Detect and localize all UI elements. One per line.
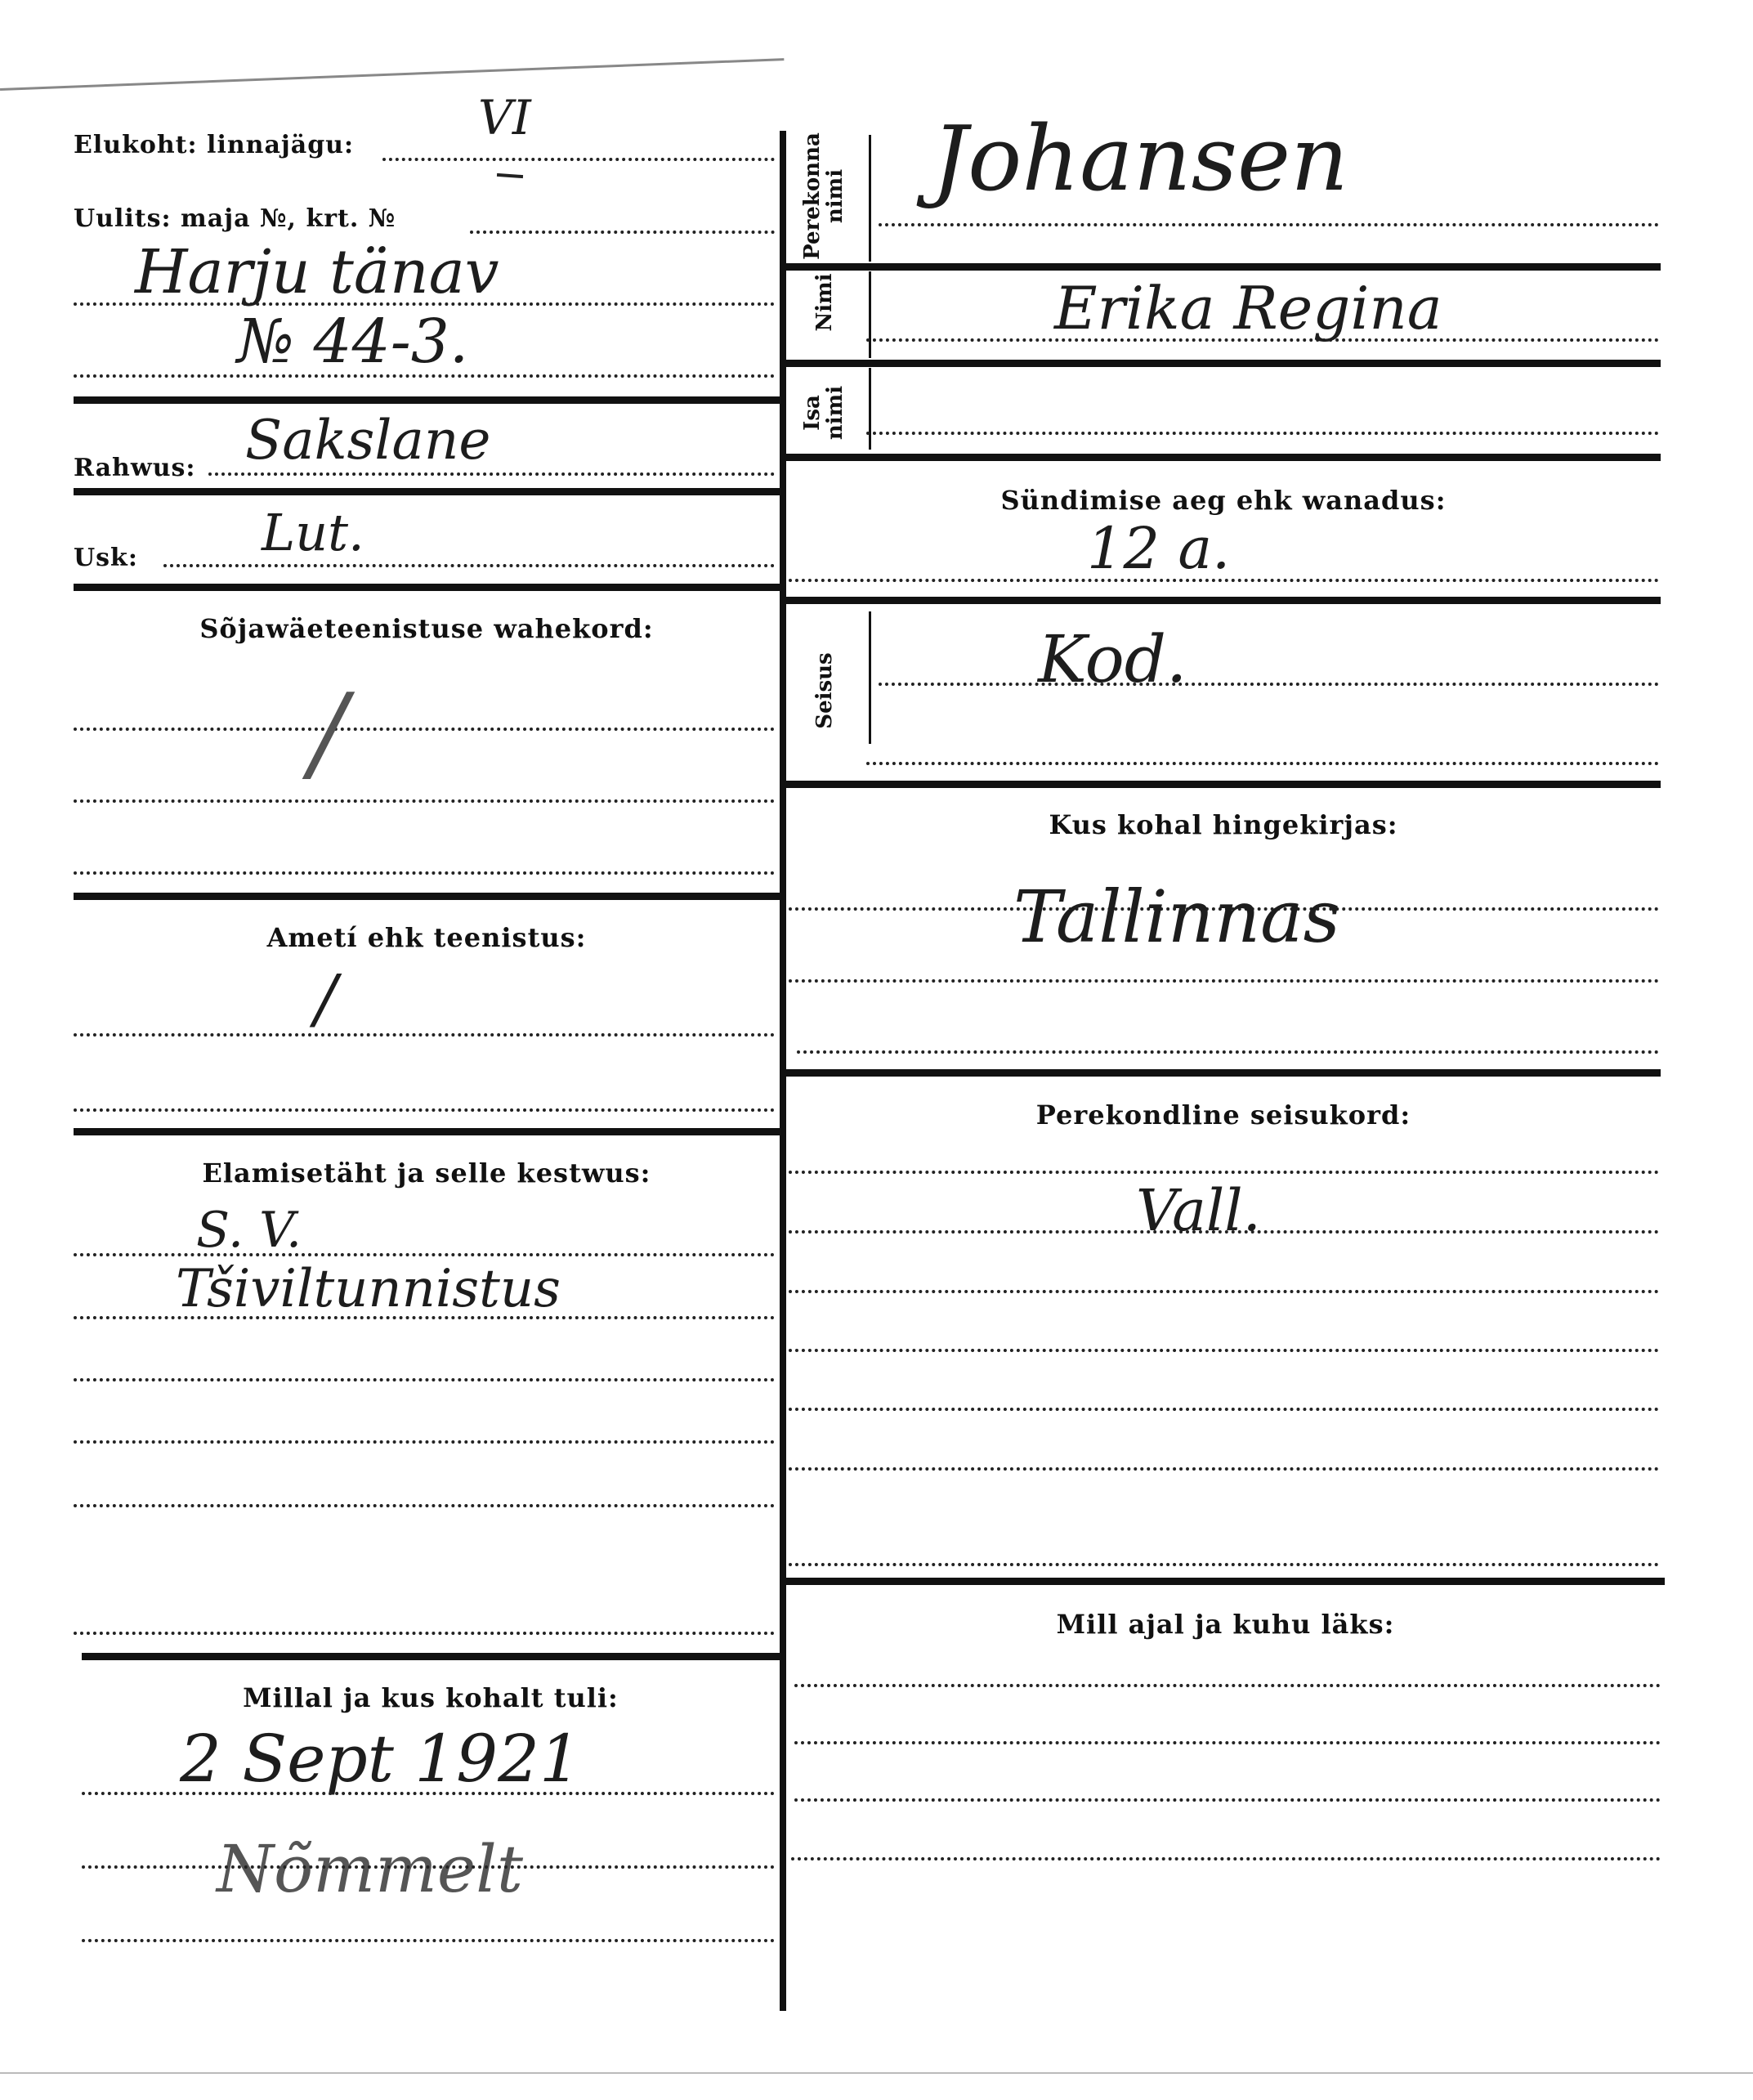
section-rule <box>74 584 780 591</box>
departure-line-2 <box>794 1741 1661 1744</box>
status-value[interactable]: Kod. <box>1038 621 1187 697</box>
arrival-line-3 <box>82 1939 775 1942</box>
first-name-value[interactable]: Erika Regina <box>1054 274 1442 343</box>
section-rule <box>74 1128 780 1135</box>
residence-label: Elukoht: linnajägu: <box>74 131 354 159</box>
arrival-value-line1[interactable]: 2 Sept 1921 <box>180 1721 581 1797</box>
section-rule <box>786 1069 1661 1077</box>
family-status-line-2 <box>789 1230 1659 1234</box>
departure-line-1 <box>794 1684 1661 1687</box>
label-divider <box>869 271 871 358</box>
religion-line <box>163 564 775 567</box>
residence-line <box>382 158 775 161</box>
soul-register-line-2 <box>789 979 1659 983</box>
military-line-2 <box>74 799 775 803</box>
family-status-line-4 <box>789 1349 1659 1352</box>
military-line-1 <box>74 728 775 731</box>
father-name-label-line2: nimi <box>824 372 847 454</box>
section-rule <box>786 263 1661 271</box>
residence-type-line-3 <box>74 1378 775 1381</box>
family-status-line-3 <box>789 1290 1659 1293</box>
religion-label: Usk: <box>74 544 138 572</box>
street-line-1 <box>74 302 775 306</box>
scan-bottom-edge <box>0 2072 1753 2074</box>
status-line-2 <box>866 762 1659 765</box>
section-rule <box>786 781 1661 788</box>
family-status-label: Perekondline seisukord: <box>786 1099 1661 1131</box>
section-rule <box>786 1578 1665 1585</box>
street-line-2 <box>74 374 775 378</box>
section-rule <box>74 396 780 404</box>
military-line-3 <box>74 871 775 875</box>
first-name-label: Nimi <box>813 257 838 347</box>
soul-register-value[interactable]: Tallinnas <box>1013 875 1340 959</box>
birth-value[interactable]: 12 a. <box>1087 515 1230 582</box>
surname-label-line2: nimi <box>824 131 847 262</box>
label-divider <box>869 135 871 262</box>
family-status-line-6 <box>789 1467 1659 1471</box>
family-status-value[interactable]: Vall. <box>1136 1177 1261 1244</box>
street-line-0 <box>470 231 775 234</box>
family-status-line-1 <box>789 1171 1659 1174</box>
father-name-label-line1: Isa <box>801 372 824 454</box>
father-name-label: Isa nimi <box>801 372 850 454</box>
birth-line <box>789 579 1659 582</box>
departure-line-3 <box>794 1798 1661 1802</box>
departure-line-4 <box>791 1857 1661 1860</box>
residence-type-line-2 <box>74 1316 775 1319</box>
surname-label: Perekonna nimi <box>801 131 850 262</box>
residence-type-line-4 <box>74 1440 775 1444</box>
surname-value[interactable]: Johansen <box>932 106 1348 211</box>
soul-register-label: Kus kohal hingekirjas: <box>786 809 1661 840</box>
arrival-value-line2[interactable]: Nõmmelt <box>217 1831 523 1907</box>
nationality-value[interactable]: Sakslane <box>245 409 490 472</box>
street-value-line1[interactable]: Harju tänav <box>135 237 499 307</box>
family-status-line-5 <box>789 1408 1659 1411</box>
birth-label: Sündimise aeg ehk wanadus: <box>786 485 1661 516</box>
occupation-label: Ametí ehk teenistus: <box>74 922 780 953</box>
surname-label-line1: Perekonna <box>801 131 824 262</box>
scan-edge-line <box>0 58 784 91</box>
arrival-line-1 <box>82 1792 775 1795</box>
section-rule <box>786 597 1661 604</box>
section-rule <box>82 1653 780 1660</box>
nationality-line <box>208 472 775 476</box>
status-line-1 <box>879 683 1659 686</box>
residence-type-value-line2[interactable]: Tšiviltunnistus <box>176 1259 561 1319</box>
military-value[interactable]: / <box>311 670 347 795</box>
soul-register-line-3 <box>797 1050 1659 1054</box>
nationality-label: Rahwus: <box>74 454 195 482</box>
label-divider <box>869 611 871 744</box>
residence-type-value-line1[interactable]: S. V. <box>196 1202 302 1259</box>
occupation-value[interactable]: / <box>315 960 337 1037</box>
military-label: Sõjawäeteenistuse wahekord: <box>74 613 780 644</box>
arrival-label: Millal ja kus kohalt tuli: <box>82 1682 780 1713</box>
residence-value[interactable]: VI <box>478 90 531 146</box>
occupation-line-2 <box>74 1108 775 1112</box>
section-rule <box>74 893 780 900</box>
family-status-line-7 <box>789 1563 1659 1566</box>
departure-label: Mill ajal ja kuhu läks: <box>786 1609 1665 1640</box>
residence-type-label: Elamisetäht ja selle kestwus: <box>74 1157 780 1189</box>
center-divider <box>780 131 786 2011</box>
residence-type-line-6 <box>74 1632 775 1635</box>
street-label: Uulits: maja №, krt. № <box>74 204 396 233</box>
residence-type-line-1 <box>74 1253 775 1256</box>
section-rule <box>786 360 1661 367</box>
residence-type-line-5 <box>74 1504 775 1507</box>
surname-line <box>879 223 1659 226</box>
religion-value[interactable]: Lut. <box>262 503 364 562</box>
label-divider <box>869 368 871 450</box>
section-rule <box>74 488 780 495</box>
street-value-line2[interactable]: № 44-3. <box>237 307 468 377</box>
section-rule <box>786 454 1661 461</box>
father-name-line <box>866 432 1659 435</box>
occupation-line-1 <box>74 1033 775 1037</box>
status-label: Seisus <box>813 642 838 740</box>
residence-underline-mark <box>497 173 523 178</box>
arrival-line-2 <box>82 1865 775 1869</box>
